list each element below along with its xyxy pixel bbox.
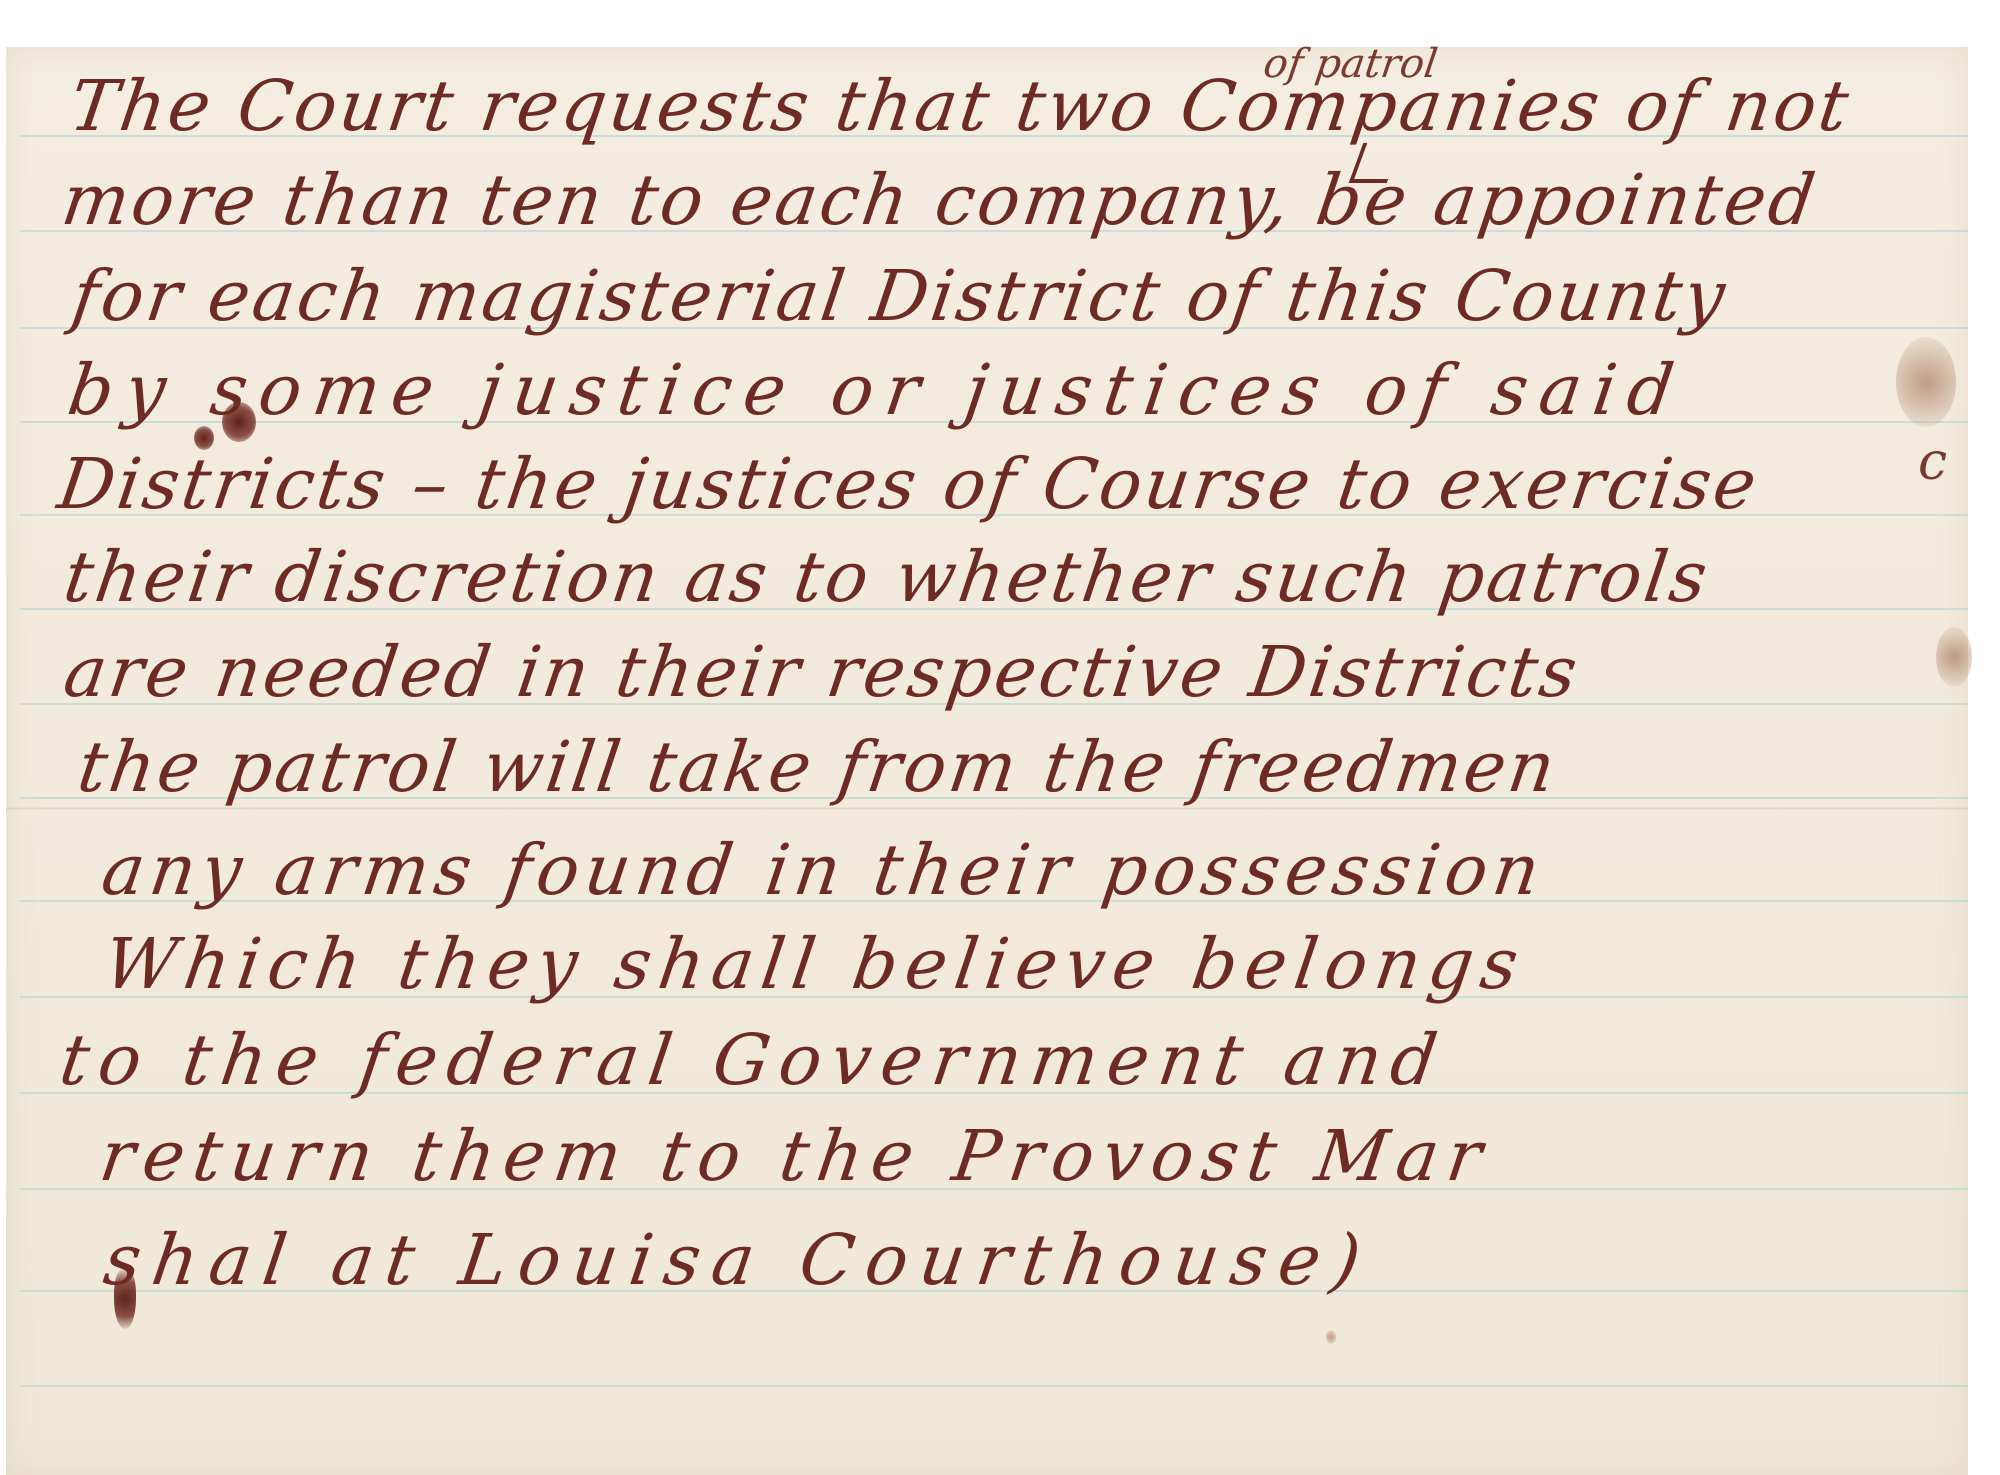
interlinear-insertion: of patrol [1261, 41, 1441, 87]
handwritten-line-6: their discretion as to whether such patr… [60, 542, 2000, 612]
handwritten-line-4: by some justice or justices of said [64, 355, 2000, 425]
paper-spot [1326, 1330, 1336, 1344]
handwritten-line-2: more than ten to each company, be appoin… [58, 165, 2000, 235]
margin-mark: c [1918, 432, 1947, 492]
ruled-line [20, 1385, 1968, 1387]
handwritten-line-10: Which they shall believe belongs [100, 929, 2000, 999]
handwritten-line-12: return them to the Provost Mar [96, 1121, 2000, 1191]
water-stain [1896, 337, 1956, 427]
handwritten-line-5: Districts – the justices of Course to ex… [54, 449, 2000, 519]
handwritten-line-1: The Court requests that two Companies of… [66, 71, 2000, 141]
ink-blot [194, 426, 214, 450]
handwritten-line-9: any arms found in their possession [98, 835, 2000, 905]
handwritten-line-7: are needed in their respective Districts [60, 637, 2000, 707]
handwritten-line-11: to the federal Government and [56, 1025, 2000, 1095]
handwritten-line-8: the patrol will take from the freedmen [74, 732, 2000, 802]
ink-drip [114, 1269, 136, 1329]
water-stain [1936, 627, 1972, 687]
paper-sheet: The Court requests that two Companies of… [6, 47, 1968, 1475]
handwritten-line-3: for each magisterial District of this Co… [68, 261, 2000, 331]
ink-blot [222, 402, 256, 442]
handwritten-line-13: shal at Louisa Courthouse) [100, 1225, 2000, 1295]
